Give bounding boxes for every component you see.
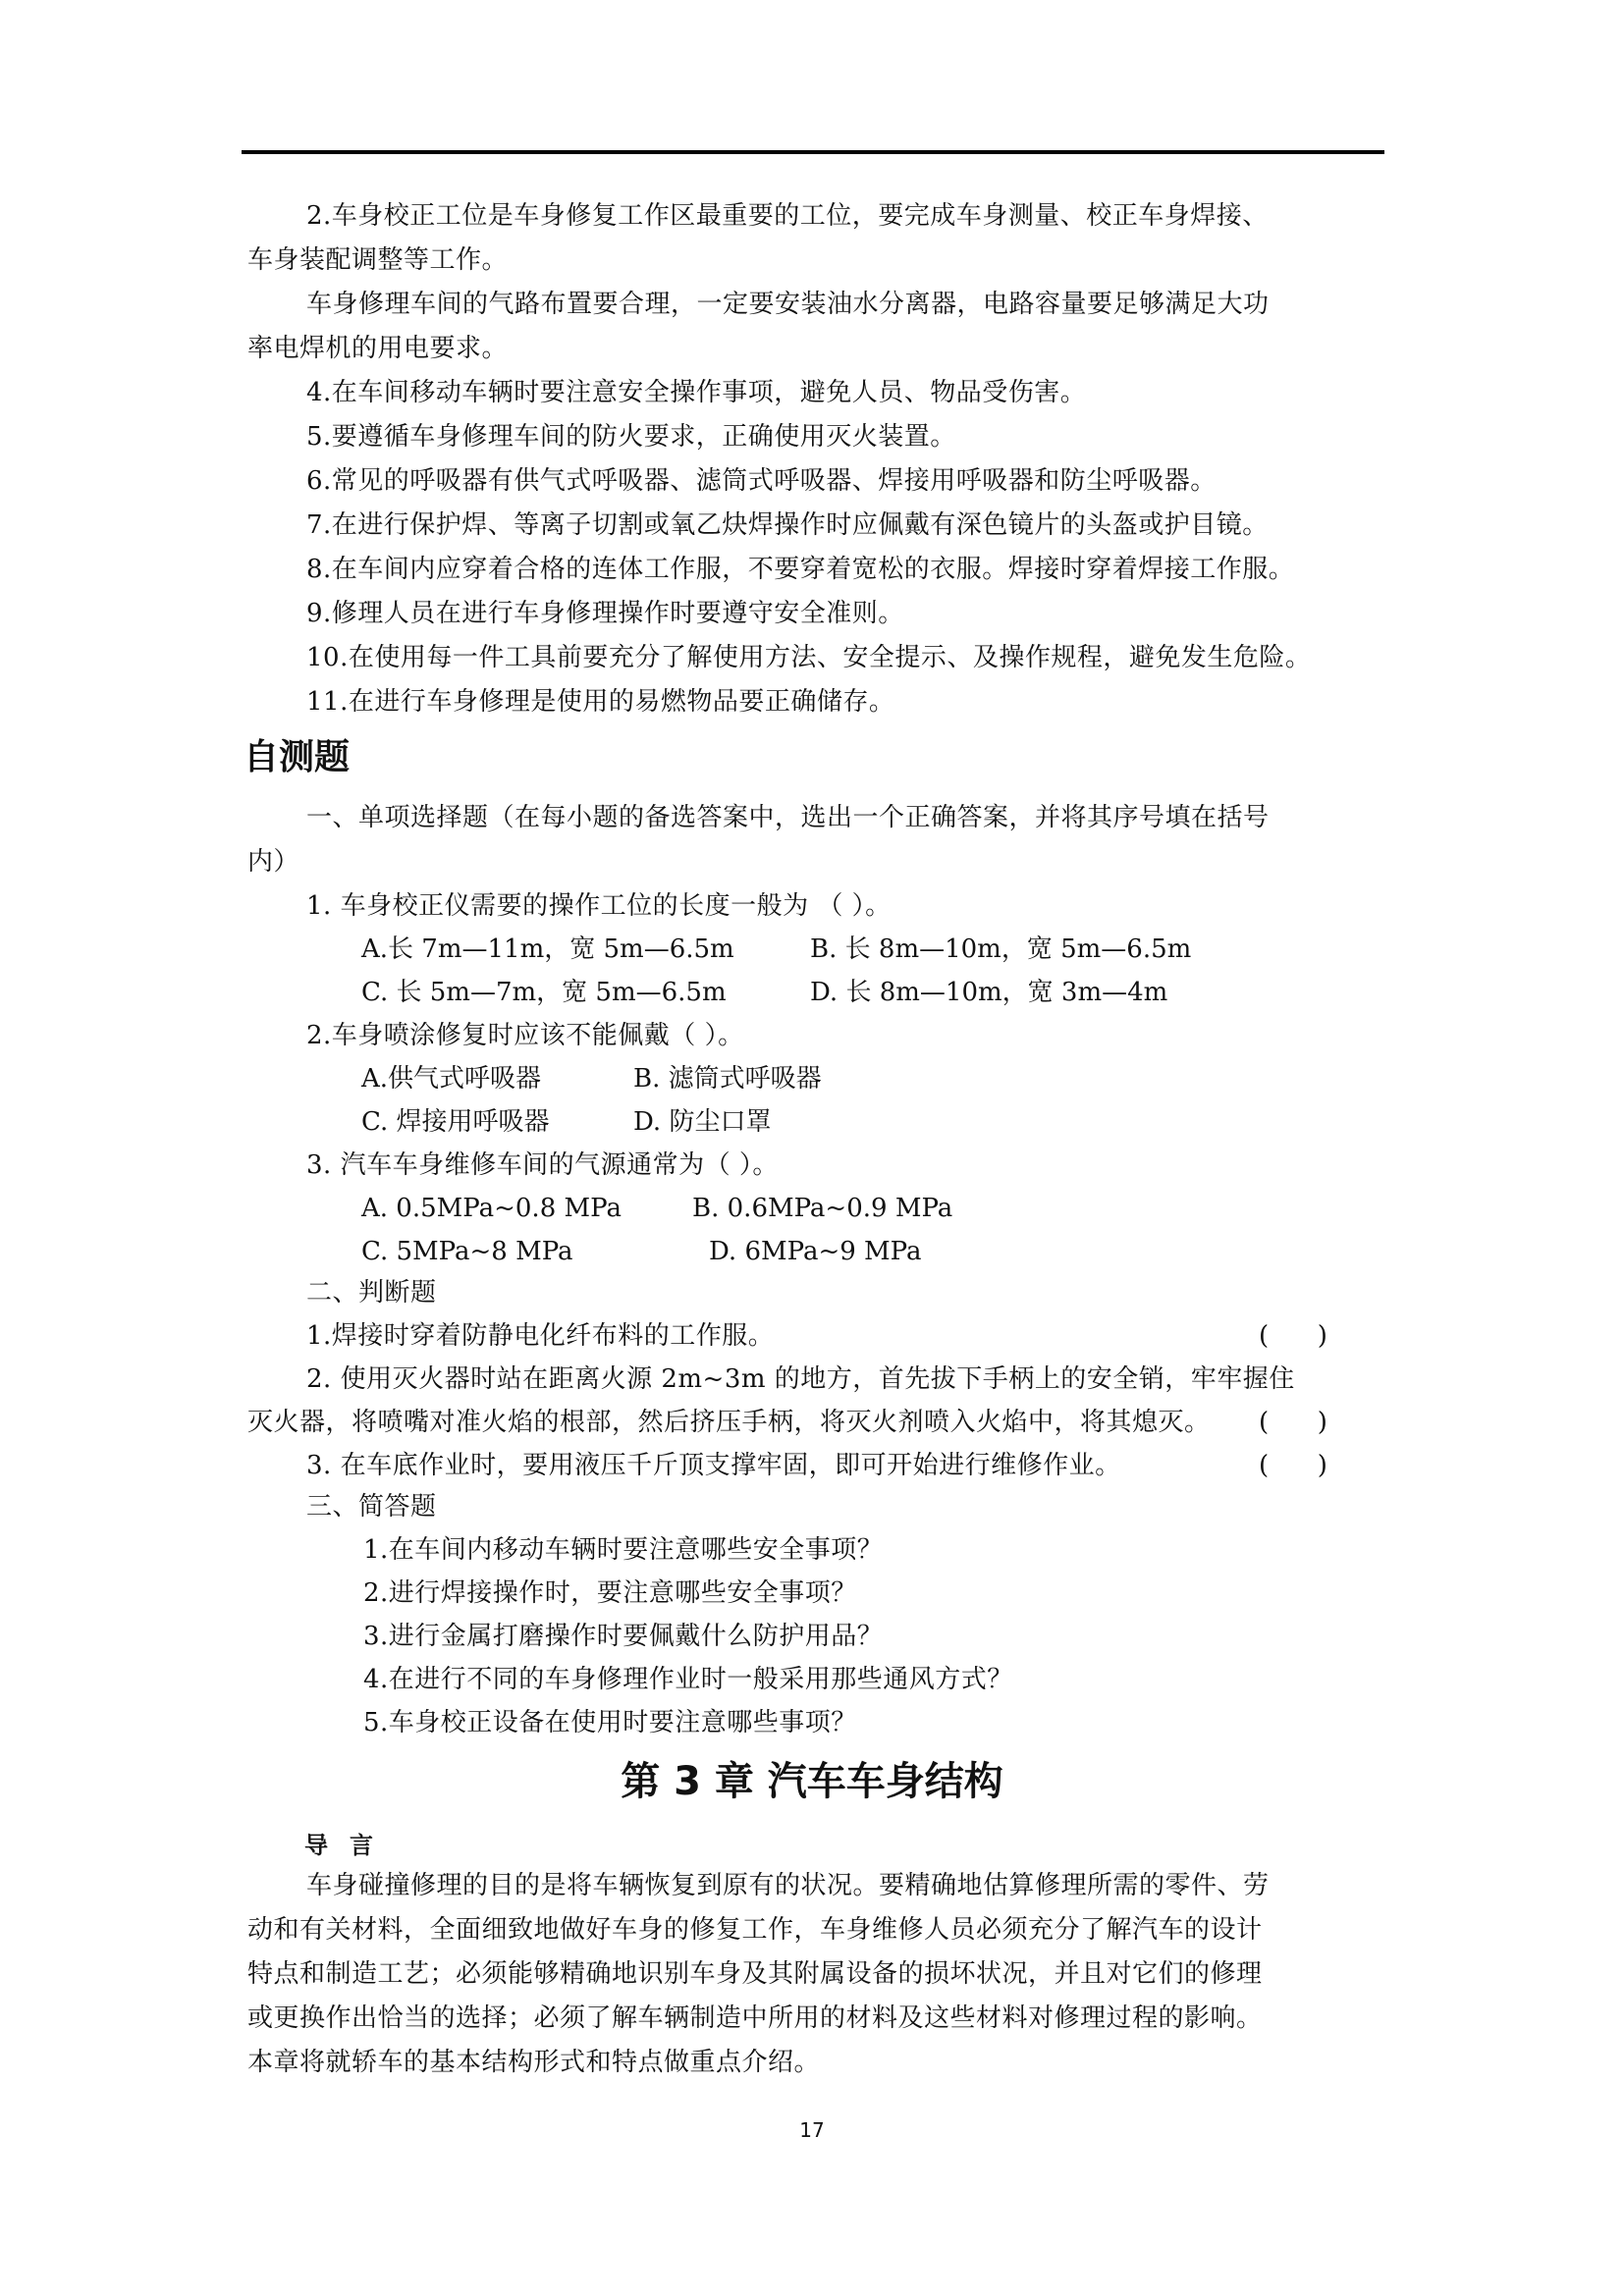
question-2: 2.车身喷涂修复时应该不能佩戴（ ）。	[306, 1021, 744, 1050]
short-answer-4: 4.在进行不同的车身修理作业时一般采用那些通风方式？	[363, 1665, 1013, 1694]
short-answer-2: 2.进行焊接操作时，要注意哪些安全事项？	[363, 1578, 857, 1608]
chapter-title: 第 3 章 汽车车身结构	[0, 1759, 1624, 1804]
header-rule	[242, 150, 1384, 154]
section1-heading: 一、单项选择题（在每小题的备选答案中，选出一个正确答案，并将其序号填在括号	[306, 803, 1270, 832]
tf-item-2: 2. 使用灭火器时站在距离火源 2m~3m 的地方，首先拔下手柄上的安全销，牢牢…	[306, 1364, 1295, 1394]
intro-line: 动和有关材料，全面细致地做好车身的修复工作，车身维修人员必须充分了解汽车的设计	[247, 1915, 1263, 1945]
section1-heading-cont: 内）	[247, 847, 299, 877]
q3-option-d: D. 6MPa~9 MPa	[709, 1237, 921, 1266]
quiz-title: 自测题	[244, 738, 350, 777]
q1-option-d: D. 长 8m—10m，宽 3m—4m	[810, 978, 1167, 1007]
q3-option-a: A. 0.5MPa~0.8 MPa	[361, 1194, 622, 1223]
summary-line: 率电焊机的用电要求。	[247, 334, 508, 363]
summary-line: 11.在进行车身修理是使用的易燃物品要正确储存。	[306, 687, 894, 717]
q3-option-b: B. 0.6MPa~0.9 MPa	[692, 1194, 952, 1223]
summary-line: 8.在车间内应穿着合格的连体工作服，不要穿着宽松的衣服。焊接时穿着焊接工作服。	[306, 555, 1294, 584]
summary-line: 2.车身校正工位是车身修复工作区最重要的工位，要完成车身测量、校正车身焊接、	[306, 201, 1269, 231]
short-answer-5: 5.车身校正设备在使用时要注意哪些事项？	[363, 1708, 857, 1737]
summary-line: 10.在使用每一件工具前要充分了解使用方法、安全提示、及操作规程，避免发生危险。	[306, 643, 1311, 672]
summary-line: 6.常见的呼吸器有供气式呼吸器、滤筒式呼吸器、焊接用呼吸器和防尘呼吸器。	[306, 466, 1217, 496]
tf-item-2-cont: 灭火器，将喷嘴对准火焰的根部，然后挤压手柄，将灭火剂喷入火焰中，将其熄灭。	[247, 1408, 1211, 1437]
page-number: 17	[0, 2118, 1624, 2142]
intro-line: 或更换作出恰当的选择；必须了解车辆制造中所用的材料及这些材料对修理过程的影响。	[247, 2003, 1263, 2033]
intro-heading: 导言	[304, 1826, 395, 1860]
q1-option-b: B. 长 8m—10m，宽 5m—6.5m	[810, 934, 1191, 964]
q1-option-a: A.长 7m—11m，宽 5m—6.5m	[361, 934, 734, 964]
tf-answer-blank-1: ( )	[1259, 1321, 1327, 1351]
section3-heading: 三、简答题	[306, 1492, 437, 1522]
q1-option-c: C. 长 5m—7m，宽 5m—6.5m	[361, 978, 727, 1007]
tf-item-3: 3. 在车底作业时，要用液压千斤顶支撑牢固，即可开始进行维修作业。	[306, 1451, 1121, 1480]
section2-heading: 二、判断题	[306, 1278, 437, 1308]
question-1: 1. 车身校正仪需要的操作工位的长度一般为 （ ）。	[306, 891, 892, 921]
intro-line: 车身碰撞修理的目的是将车辆恢复到原有的状况。要精确地估算修理所需的零件、劳	[306, 1871, 1270, 1900]
q2-option-a: A.供气式呼吸器	[361, 1064, 541, 1094]
summary-line: 4.在车间移动车辆时要注意安全操作事项，避免人员、物品受伤害。	[306, 378, 1086, 407]
tf-answer-blank-3: ( )	[1259, 1451, 1327, 1480]
summary-line: 车身装配调整等工作。	[247, 245, 508, 275]
q2-option-b: B. 滤筒式呼吸器	[633, 1064, 822, 1094]
summary-line: 5.要遵循车身修理车间的防火要求，正确使用灭火装置。	[306, 422, 956, 452]
q2-option-c: C. 焊接用呼吸器	[361, 1107, 550, 1137]
question-3: 3. 汽车车身维修车间的气源通常为（ ）。	[306, 1150, 779, 1180]
summary-line: 7.在进行保护焊、等离子切割或氧乙炔焊操作时应佩戴有深色镜片的头盔或护目镜。	[306, 510, 1269, 540]
q2-option-d: D. 防尘口罩	[633, 1107, 771, 1137]
short-answer-1: 1.在车间内移动车辆时要注意哪些安全事项？	[363, 1535, 883, 1565]
q3-option-c: C. 5MPa~8 MPa	[361, 1237, 573, 1266]
intro-line: 特点和制造工艺；必须能够精确地识别车身及其附属设备的损坏状况，并且对它们的修理	[247, 1959, 1263, 1989]
summary-line: 9.修理人员在进行车身修理操作时要遵守安全准则。	[306, 599, 904, 628]
intro-line: 本章将就轿车的基本结构形式和特点做重点介绍。	[247, 2048, 820, 2077]
short-answer-3: 3.进行金属打磨操作时要佩戴什么防护用品？	[363, 1622, 883, 1651]
tf-item-1: 1.焊接时穿着防静电化纤布料的工作服。	[306, 1321, 774, 1351]
summary-line: 车身修理车间的气路布置要合理，一定要安装油水分离器，电路容量要足够满足大功	[306, 290, 1270, 319]
tf-answer-blank-2: ( )	[1259, 1408, 1327, 1437]
